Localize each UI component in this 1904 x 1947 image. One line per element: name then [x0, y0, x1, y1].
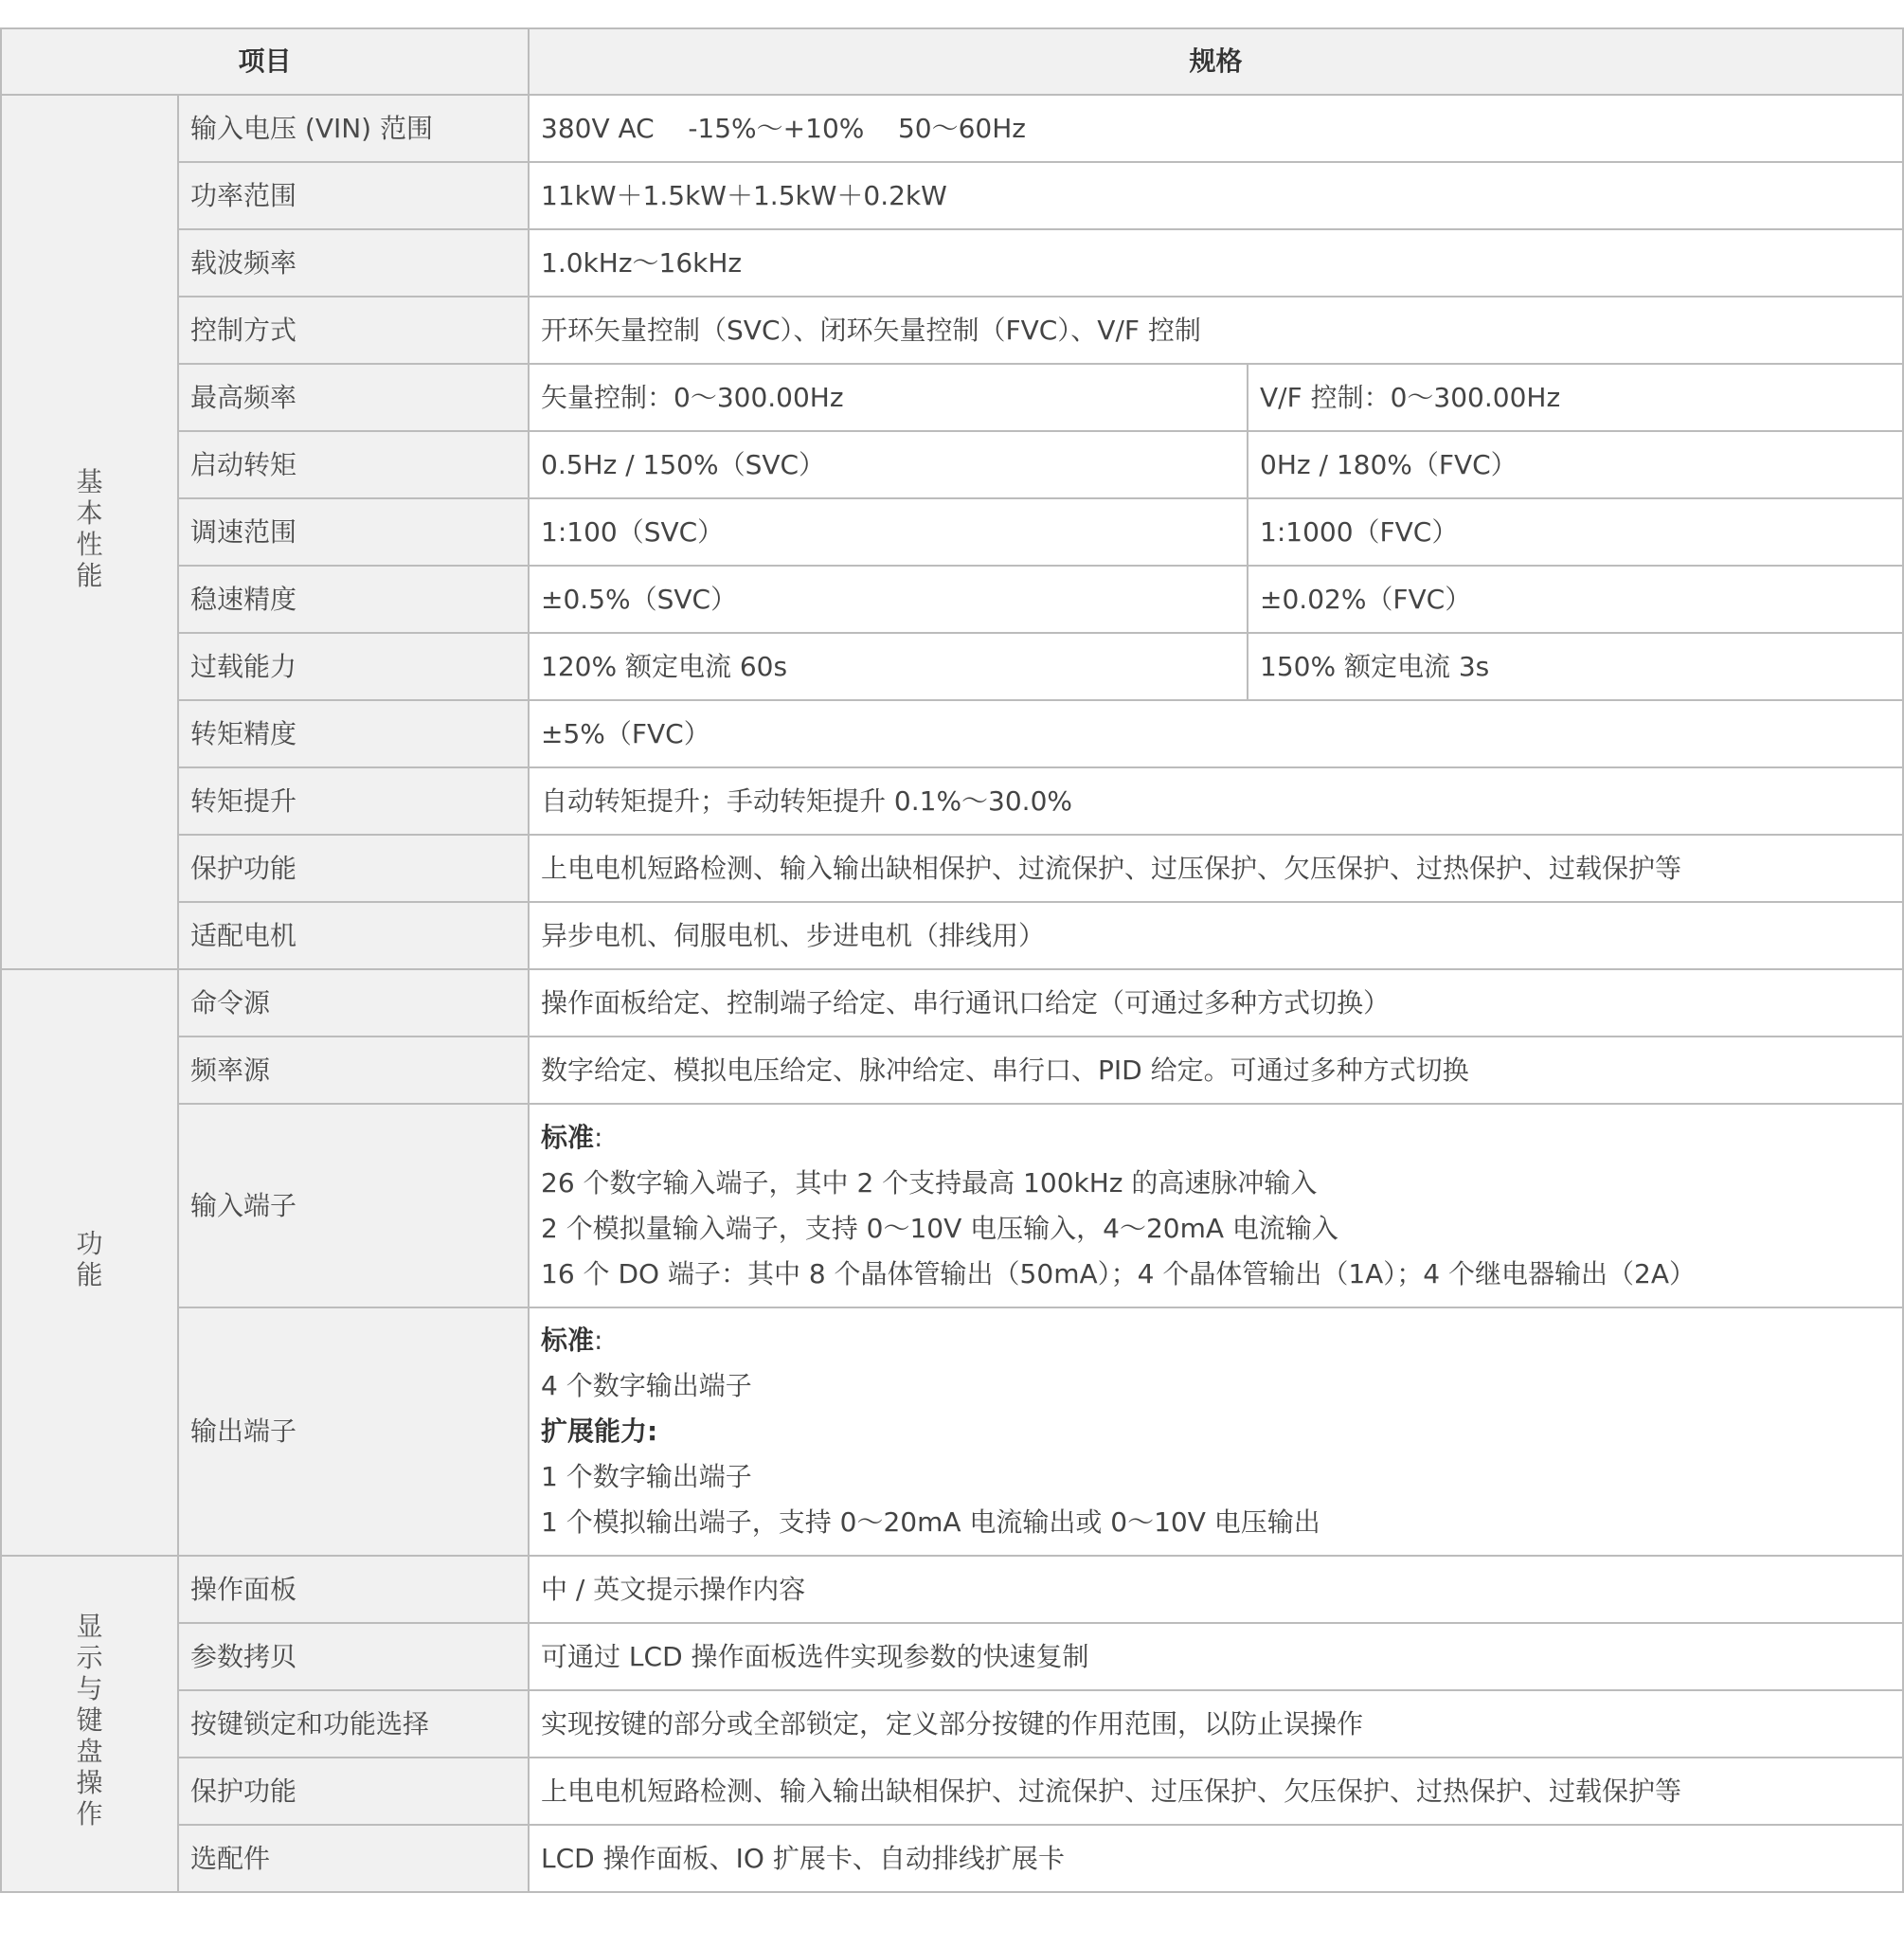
- spec-line: 4 个数字输出端子: [541, 1363, 1891, 1409]
- header-item: 项目: [1, 28, 529, 95]
- std-heading: 标准:: [541, 1318, 1891, 1363]
- table-header-row: 项目 规格: [1, 28, 1903, 95]
- spec-value: 自动转矩提升；手动转矩提升 0.1%～30.0%: [529, 767, 1903, 835]
- item-label: 频率源: [178, 1037, 529, 1104]
- table-row: 功能 命令源 操作面板给定、控制端子给定、串行通讯口给定（可通过多种方式切换）: [1, 969, 1903, 1037]
- item-label: 转矩提升: [178, 767, 529, 835]
- item-label: 转矩精度: [178, 700, 529, 767]
- item-label: 调速范围: [178, 498, 529, 566]
- table-row: 选配件 LCD 操作面板、IO 扩展卡、自动排线扩展卡: [1, 1825, 1903, 1892]
- item-label: 输入端子: [178, 1104, 529, 1307]
- item-label: 最高频率: [178, 364, 529, 431]
- table-row: 过载能力 120% 额定电流 60s 150% 额定电流 3s: [1, 633, 1903, 700]
- spec-line: 2 个模拟量输入端子，支持 0～10V 电压输入，4～20mA 电流输入: [541, 1206, 1891, 1252]
- table-row: 参数拷贝 可通过 LCD 操作面板选件实现参数的快速复制: [1, 1623, 1903, 1690]
- spec-value-vector: 矢量控制：0～300.00Hz: [529, 364, 1248, 431]
- table-row: 基本性能 输入电压 (VIN) 范围 380V AC -15%～+10% 50～…: [1, 95, 1903, 162]
- group-function: 功能: [1, 969, 178, 1556]
- item-label: 命令源: [178, 969, 529, 1037]
- table-row: 启动转矩 0.5Hz / 150%（SVC） 0Hz / 180%（FVC）: [1, 431, 1903, 498]
- spec-value: 操作面板给定、控制端子给定、串行通讯口给定（可通过多种方式切换）: [529, 969, 1903, 1037]
- table-row: 载波频率 1.0kHz～16kHz: [1, 229, 1903, 297]
- table-row: 输入端子 标准: 26 个数字输入端子，其中 2 个支持最高 100kHz 的高…: [1, 1104, 1903, 1307]
- item-label: 稳速精度: [178, 566, 529, 633]
- spec-value-2: 150% 额定电流 3s: [1248, 633, 1903, 700]
- spec-value: ±5%（FVC）: [529, 700, 1903, 767]
- spec-value-1: 120% 额定电流 60s: [529, 633, 1248, 700]
- spec-value-vf: V/F 控制：0～300.00Hz: [1248, 364, 1903, 431]
- group-basic-performance: 基本性能: [1, 95, 178, 969]
- ext-heading: 扩展能力:: [541, 1409, 1891, 1454]
- table-row: 调速范围 1:100（SVC） 1:1000（FVC）: [1, 498, 1903, 566]
- header-spec: 规格: [529, 28, 1903, 95]
- table-row: 输出端子 标准: 4 个数字输出端子 扩展能力: 1 个数字输出端子 1 个模拟…: [1, 1307, 1903, 1556]
- table-row: 最高频率 矢量控制：0～300.00Hz V/F 控制：0～300.00Hz: [1, 364, 1903, 431]
- spec-line: 26 个数字输入端子，其中 2 个支持最高 100kHz 的高速脉冲输入: [541, 1161, 1891, 1206]
- spec-value: LCD 操作面板、IO 扩展卡、自动排线扩展卡: [529, 1825, 1903, 1892]
- spec-value-svc: 0.5Hz / 150%（SVC）: [529, 431, 1248, 498]
- spec-value-svc: ±0.5%（SVC）: [529, 566, 1248, 633]
- spec-line: 1 个数字输出端子: [541, 1454, 1891, 1500]
- spec-line: 1 个模拟输出端子，支持 0～20mA 电流输出或 0～10V 电压输出: [541, 1500, 1891, 1545]
- table-row: 显示与键盘操作 操作面板 中 / 英文提示操作内容: [1, 1556, 1903, 1623]
- spec-value: 数字给定、模拟电压给定、脉冲给定、串行口、PID 给定。可通过多种方式切换: [529, 1037, 1903, 1104]
- group-display-keyboard: 显示与键盘操作: [1, 1556, 178, 1892]
- item-label: 控制方式: [178, 297, 529, 364]
- item-label: 过载能力: [178, 633, 529, 700]
- table-row: 按键锁定和功能选择 实现按键的部分或全部锁定，定义部分按键的作用范围，以防止误操…: [1, 1690, 1903, 1758]
- spec-value-fvc: 0Hz / 180%（FVC）: [1248, 431, 1903, 498]
- spec-value-multiline: 标准: 26 个数字输入端子，其中 2 个支持最高 100kHz 的高速脉冲输入…: [529, 1104, 1903, 1307]
- spec-value-multiline: 标准: 4 个数字输出端子 扩展能力: 1 个数字输出端子 1 个模拟输出端子，…: [529, 1307, 1903, 1556]
- spec-value-svc: 1:100（SVC）: [529, 498, 1248, 566]
- table-row: 控制方式 开环矢量控制（SVC）、闭环矢量控制（FVC）、V/F 控制: [1, 297, 1903, 364]
- table-row: 稳速精度 ±0.5%（SVC） ±0.02%（FVC）: [1, 566, 1903, 633]
- spec-value-fvc: ±0.02%（FVC）: [1248, 566, 1903, 633]
- spec-value: 上电电机短路检测、输入输出缺相保护、过流保护、过压保护、欠压保护、过热保护、过载…: [529, 835, 1903, 902]
- item-label: 保护功能: [178, 835, 529, 902]
- item-label: 载波频率: [178, 229, 529, 297]
- spec-value: 380V AC -15%～+10% 50～60Hz: [529, 95, 1903, 162]
- item-label: 启动转矩: [178, 431, 529, 498]
- spec-value-fvc: 1:1000（FVC）: [1248, 498, 1903, 566]
- spec-value: 1.0kHz～16kHz: [529, 229, 1903, 297]
- spec-value: 开环矢量控制（SVC）、闭环矢量控制（FVC）、V/F 控制: [529, 297, 1903, 364]
- spec-value: 11kW＋1.5kW＋1.5kW＋0.2kW: [529, 162, 1903, 229]
- item-label: 操作面板: [178, 1556, 529, 1623]
- item-label: 适配电机: [178, 902, 529, 969]
- item-label: 保护功能: [178, 1758, 529, 1825]
- table-row: 转矩精度 ±5%（FVC）: [1, 700, 1903, 767]
- table-row: 功率范围 11kW＋1.5kW＋1.5kW＋0.2kW: [1, 162, 1903, 229]
- spec-table: 项目 规格 基本性能 输入电压 (VIN) 范围 380V AC -15%～+1…: [0, 27, 1904, 1893]
- spec-value: 实现按键的部分或全部锁定，定义部分按键的作用范围，以防止误操作: [529, 1690, 1903, 1758]
- table-row: 适配电机 异步电机、伺服电机、步进电机（排线用）: [1, 902, 1903, 969]
- item-label: 按键锁定和功能选择: [178, 1690, 529, 1758]
- item-label: 输入电压 (VIN) 范围: [178, 95, 529, 162]
- item-label: 输出端子: [178, 1307, 529, 1556]
- spec-value: 中 / 英文提示操作内容: [529, 1556, 1903, 1623]
- std-heading: 标准:: [541, 1115, 1891, 1161]
- item-label: 选配件: [178, 1825, 529, 1892]
- item-label: 功率范围: [178, 162, 529, 229]
- spec-line: 16 个 DO 端子：其中 8 个晶体管输出（50mA）；4 个晶体管输出（1A…: [541, 1252, 1891, 1297]
- item-label: 参数拷贝: [178, 1623, 529, 1690]
- spec-value: 上电电机短路检测、输入输出缺相保护、过流保护、过压保护、欠压保护、过热保护、过载…: [529, 1758, 1903, 1825]
- table-row: 频率源 数字给定、模拟电压给定、脉冲给定、串行口、PID 给定。可通过多种方式切…: [1, 1037, 1903, 1104]
- spec-value: 异步电机、伺服电机、步进电机（排线用）: [529, 902, 1903, 969]
- table-row: 保护功能 上电电机短路检测、输入输出缺相保护、过流保护、过压保护、欠压保护、过热…: [1, 1758, 1903, 1825]
- table-row: 转矩提升 自动转矩提升；手动转矩提升 0.1%～30.0%: [1, 767, 1903, 835]
- table-row: 保护功能 上电电机短路检测、输入输出缺相保护、过流保护、过压保护、欠压保护、过热…: [1, 835, 1903, 902]
- spec-value: 可通过 LCD 操作面板选件实现参数的快速复制: [529, 1623, 1903, 1690]
